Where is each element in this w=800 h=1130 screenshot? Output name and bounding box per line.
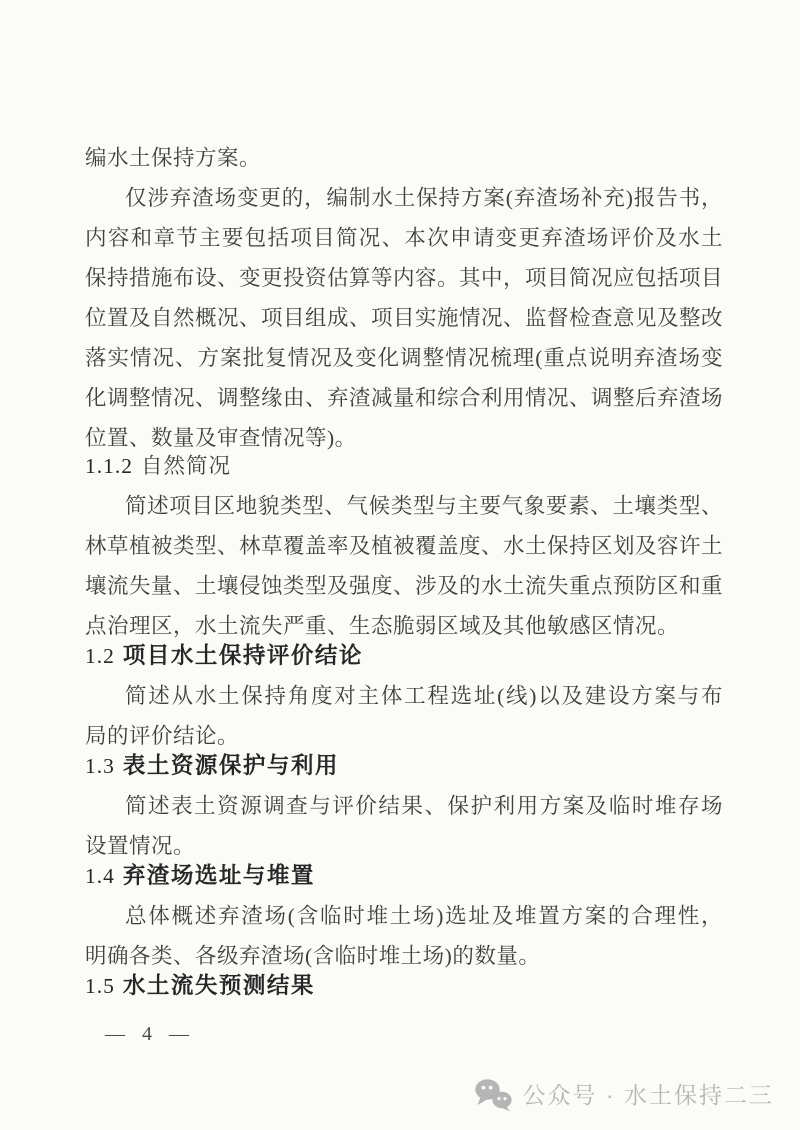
section-heading-1-3: 1.3表土资源保护与利用: [85, 746, 723, 786]
text-line: 总体概述弃渣场(含临时堆土场)选址及堆置方案的合理性，: [85, 896, 723, 936]
document-body: 编水土保持方案。仅涉弃渣场变更的，编制水土保持方案(弃渣场补充)报告书，内容和章…: [85, 138, 723, 1054]
text-line: 简述表土资源调查与评价结果、保护利用方案及临时堆存场: [85, 786, 723, 826]
text-line: 仅涉弃渣场变更的，编制水土保持方案(弃渣场补充)报告书，: [85, 178, 723, 218]
section-number: 1.1.2: [85, 454, 133, 478]
text-line: 编水土保持方案。: [85, 138, 723, 178]
document-page: 编水土保持方案。仅涉弃渣场变更的，编制水土保持方案(弃渣场补充)报告书，内容和章…: [0, 0, 800, 1130]
section-title: 项目水土保持评价结论: [123, 643, 363, 668]
wechat-icon: [473, 1078, 513, 1112]
section-number: 1.3: [85, 754, 115, 778]
section-number: 1.2: [85, 644, 115, 668]
text-line: 内容和章节主要包括项目简况、本次申请变更弃渣场评价及水土: [85, 218, 723, 258]
section-title: 自然简况: [141, 454, 231, 478]
watermark-text: 公众号 · 水土保持二三: [523, 1076, 774, 1114]
text-line: 保持措施布设、变更投资估算等内容。其中，项目简况应包括项目: [85, 258, 723, 298]
text-line: 简述从水土保持角度对主体工程选址(线)以及建设方案与布: [85, 676, 723, 716]
text-line: 位置及自然概况、项目组成、项目实施情况、监督检查意见及整改: [85, 298, 723, 338]
section-title: 弃渣场选址与堆置: [123, 863, 315, 888]
section-title: 水土流失预测结果: [123, 973, 315, 998]
page-number: — 4 —: [85, 1014, 723, 1054]
text-line: 壤流失量、土壤侵蚀类型及强度、涉及的水土流失重点预防区和重: [85, 566, 723, 606]
section-heading-1-4: 1.4弃渣场选址与堆置: [85, 856, 723, 896]
section-number: 1.4: [85, 864, 115, 888]
text-line: 林草植被类型、林草覆盖率及植被覆盖度、水土保持区划及容许土: [85, 526, 723, 566]
section-heading-1-1-2: 1.1.2自然简况: [85, 446, 723, 486]
wechat-watermark: 公众号 · 水土保持二三: [473, 1076, 774, 1114]
section-number: 1.5: [85, 974, 115, 998]
text-line: 化调整情况、调整缘由、弃渣减量和综合利用情况、调整后弃渣场: [85, 378, 723, 418]
text-line: 落实情况、方案批复情况及变化调整情况梳理(重点说明弃渣场变: [85, 338, 723, 378]
text-line: 简述项目区地貌类型、气候类型与主要气象要素、土壤类型、: [85, 486, 723, 526]
section-title: 表土资源保护与利用: [123, 753, 339, 778]
